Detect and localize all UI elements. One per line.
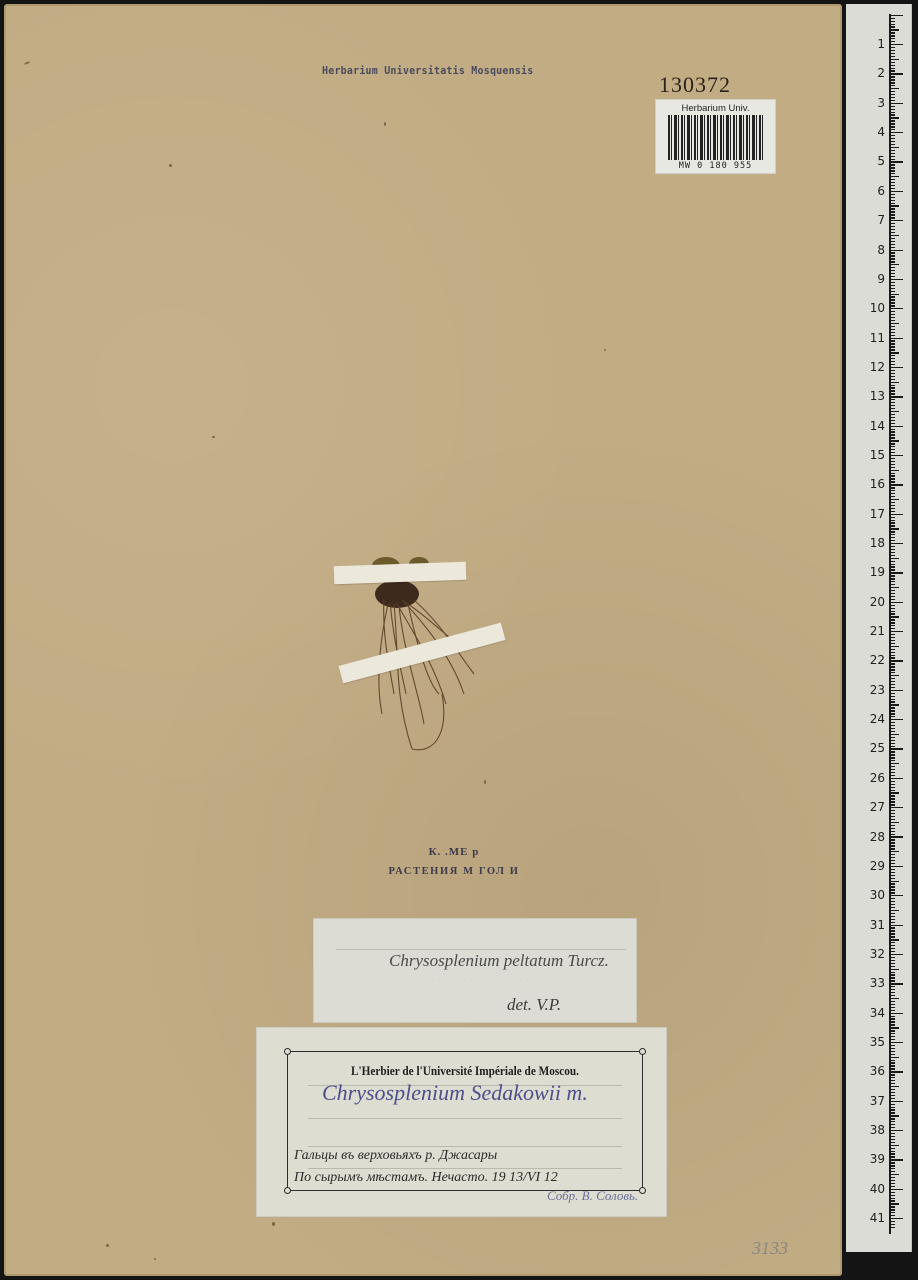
ruler-tick — [889, 376, 895, 377]
paper-speck — [106, 1244, 109, 1247]
ruler-tick — [889, 696, 895, 697]
ruler-tick — [889, 320, 895, 321]
ruler-tick — [889, 1209, 895, 1210]
ruler-tick — [889, 1057, 899, 1058]
ruler-tick — [889, 1183, 895, 1184]
ruler-tick — [889, 56, 895, 57]
ruler-tick — [889, 1030, 895, 1031]
ruler-tick — [889, 399, 895, 400]
ruler-tick — [889, 343, 895, 344]
ruler-tick — [889, 628, 895, 629]
ruler-tick — [889, 405, 895, 406]
ruler-tick — [889, 713, 895, 714]
ruler-tick — [889, 141, 895, 142]
collector-stamp-line2: РАСТЕНИЯ М ГОЛ И — [354, 862, 554, 882]
ruler-number: 13 — [870, 390, 885, 402]
ruler-tick — [889, 1136, 895, 1137]
ruler-tick — [889, 775, 895, 776]
ruler-tick — [889, 907, 895, 908]
ruler-tick — [889, 24, 895, 25]
ruler-tick — [889, 1142, 895, 1143]
determiner: det. V.P. — [507, 995, 561, 1015]
ruler-tick — [889, 684, 895, 685]
ghost-print: · · · · · · · · · · · · · · · · · — [354, 977, 614, 984]
ruler-tick — [889, 302, 895, 303]
ruler-tick — [889, 261, 895, 262]
label-rule — [308, 1146, 622, 1147]
ruler-tick — [889, 898, 895, 899]
ruler-tick — [889, 475, 895, 476]
ruler-tick — [889, 701, 895, 702]
ruler-tick — [889, 801, 895, 802]
ruler-tick — [889, 690, 903, 691]
ruler-tick — [889, 798, 895, 799]
ruler-tick — [889, 1027, 899, 1028]
ruler-number: 37 — [870, 1095, 885, 1107]
ruler-tick — [889, 414, 895, 415]
ruler-tick — [889, 461, 895, 462]
ruler-tick — [889, 1189, 903, 1190]
ruler-tick — [889, 493, 895, 494]
ruler-tick — [889, 473, 895, 474]
ruler-number: 30 — [870, 889, 885, 901]
ruler-tick — [889, 1192, 895, 1193]
ruler-tick — [889, 828, 895, 829]
ruler-tick — [889, 470, 899, 471]
ruler-tick — [889, 889, 895, 890]
ruler-tick — [889, 693, 895, 694]
ruler-tick — [889, 73, 903, 74]
ruler-tick — [889, 725, 895, 726]
ruler-tick — [889, 640, 895, 641]
ruler-tick — [889, 883, 895, 884]
ruler-tick — [889, 1021, 895, 1022]
ruler-tick — [889, 358, 895, 359]
ruler-tick — [889, 487, 895, 488]
ruler-tick — [889, 1198, 895, 1199]
ruler-tick — [889, 948, 895, 949]
ruler-tick — [889, 385, 895, 386]
paper-speck — [272, 1222, 275, 1226]
ruler-tick — [889, 1130, 903, 1131]
ruler-tick — [889, 455, 903, 456]
main-label-header: L'Herbier de l'Université Impériale de M… — [306, 1064, 625, 1079]
ruler-tick — [889, 217, 895, 218]
ruler-tick — [889, 338, 903, 339]
ruler-tick — [889, 540, 895, 541]
ruler-tick — [889, 1065, 895, 1066]
ruler-tick — [889, 655, 895, 656]
ruler-tick — [889, 939, 899, 940]
ruler-tick — [889, 886, 895, 887]
ruler-number: 2 — [877, 67, 885, 79]
ruler-tick — [889, 203, 895, 204]
ruler-tick — [889, 1127, 895, 1128]
ruler-tick — [889, 851, 899, 852]
determination-label: · · · · · · · · · · · · · · · · · Chryso… — [314, 919, 636, 1022]
ruler-tick — [889, 373, 895, 374]
ruler-tick — [889, 1018, 895, 1019]
ruler-number: 23 — [870, 684, 885, 696]
ruler-number: 40 — [870, 1183, 885, 1195]
ruler-tick — [889, 602, 903, 603]
ruler-tick — [889, 1101, 903, 1102]
ruler-tick — [889, 97, 895, 98]
ruler-tick — [889, 913, 895, 914]
ruler-tick — [889, 834, 895, 835]
ruler-tick — [889, 478, 895, 479]
ruler-tick — [889, 1224, 895, 1225]
ruler-tick — [889, 176, 899, 177]
ruler-tick — [889, 549, 895, 550]
ruler-tick — [889, 1174, 899, 1175]
ruler-tick — [889, 790, 895, 791]
ruler-tick — [889, 561, 895, 562]
ruler-tick — [889, 954, 903, 955]
ruler-tick — [889, 1092, 895, 1093]
ruler-tick — [889, 411, 899, 412]
ruler-tick — [889, 173, 895, 174]
plant-specimen — [324, 544, 524, 764]
ruler-tick — [889, 734, 899, 735]
barcode-number: MW 0 180 955 — [656, 161, 775, 171]
ruler-tick — [889, 546, 895, 547]
locality-line2: По сырымъ мѣстамъ. Нечасто. 19 13/VI 12 — [294, 1170, 639, 1186]
ruler-tick — [889, 417, 895, 418]
ruler-tick — [889, 170, 895, 171]
ruler-tick — [889, 82, 895, 83]
ruler-tick — [889, 449, 895, 450]
ruler-tick — [889, 678, 895, 679]
ruler-tick — [889, 326, 895, 327]
ruler-tick — [889, 625, 895, 626]
ruler-tick — [889, 364, 895, 365]
ruler-tick — [889, 288, 895, 289]
ruler-tick — [889, 15, 903, 16]
ruler-tick — [889, 1171, 895, 1172]
ruler-tick — [889, 622, 895, 623]
ruler-number: 32 — [870, 948, 885, 960]
ruler-tick — [889, 575, 895, 576]
ruler-tick — [889, 329, 895, 330]
main-label: L'Herbier de l'Université Impériale de M… — [257, 1028, 666, 1216]
ruler-number: 14 — [870, 420, 885, 432]
ruler-tick — [889, 106, 895, 107]
ruler-tick — [889, 1168, 895, 1169]
ruler-tick — [889, 109, 895, 110]
ruler-tick — [889, 613, 895, 614]
ruler-tick — [889, 860, 895, 861]
ruler-number: 16 — [870, 478, 885, 490]
ruler-tick — [889, 807, 903, 808]
ruler-tick — [889, 707, 895, 708]
ruler-tick — [889, 223, 895, 224]
ruler-tick — [889, 819, 895, 820]
ruler-tick — [889, 346, 895, 347]
ruler-tick — [889, 866, 903, 867]
ruler-tick — [889, 593, 895, 594]
ruler-number: 25 — [870, 742, 885, 754]
ruler-tick — [889, 70, 895, 71]
ruler-tick — [889, 361, 895, 362]
ruler-tick — [889, 126, 895, 127]
ruler-tick — [889, 129, 895, 130]
ruler-tick — [889, 1133, 895, 1134]
ruler-tick — [889, 643, 895, 644]
ruler-tick — [889, 1048, 895, 1049]
ruler-tick — [889, 340, 895, 341]
ruler-number: 34 — [870, 1007, 885, 1019]
ruler-number: 11 — [870, 332, 885, 344]
ruler-tick — [889, 804, 895, 805]
ruler-tick — [889, 241, 895, 242]
ruler-tick — [889, 731, 895, 732]
ruler-tick — [889, 831, 895, 832]
ruler-tick — [889, 38, 895, 39]
ruler-tick — [889, 619, 895, 620]
paper-speck — [212, 436, 215, 438]
ruler-tick — [889, 35, 895, 36]
ruler-tick — [889, 502, 895, 503]
ruler-tick — [889, 94, 895, 95]
ruler-tick — [889, 355, 895, 356]
ruler-tick — [889, 279, 903, 280]
ruler-tick — [889, 1218, 903, 1219]
ruler-tick — [889, 872, 895, 873]
ruler-tick — [889, 646, 899, 647]
ruler-tick — [889, 508, 895, 509]
ruler-tick — [889, 332, 895, 333]
ruler-number: 36 — [870, 1065, 885, 1077]
ruler-tick — [889, 467, 895, 468]
ruler-tick — [889, 352, 899, 353]
ruler-tick — [889, 555, 895, 556]
ruler-tick — [889, 910, 899, 911]
ruler-number: 15 — [870, 449, 885, 461]
ruler-tick — [889, 296, 895, 297]
ruler-tick — [889, 766, 895, 767]
ruler-tick — [889, 208, 895, 209]
ruler-tick — [889, 29, 899, 30]
ruler-tick — [889, 232, 895, 233]
ruler-number: 19 — [870, 566, 885, 578]
ruler-tick — [889, 1109, 895, 1110]
ruler-tick — [889, 525, 895, 526]
ruler-tick — [889, 1118, 895, 1119]
ruler-tick — [889, 558, 899, 559]
pencil-number: 3133 — [752, 1238, 788, 1259]
ruler-tick — [889, 1148, 895, 1149]
ruler-tick — [889, 616, 899, 617]
ruler-tick — [889, 649, 895, 650]
ruler-tick — [889, 1139, 895, 1140]
ruler-tick — [889, 1186, 895, 1187]
ruler-tick — [889, 1016, 895, 1017]
ruler-tick — [889, 520, 895, 521]
ruler-tick — [889, 813, 895, 814]
ruler-number: 7 — [877, 214, 885, 226]
ruler-tick — [889, 1077, 895, 1078]
ruler-tick — [889, 863, 895, 864]
ruler-tick — [889, 1010, 895, 1011]
ruler-tick — [889, 925, 903, 926]
ruler-tick — [889, 980, 895, 981]
ruler-tick — [889, 1060, 895, 1061]
ruler-tick — [889, 229, 895, 230]
ruler-tick — [889, 1124, 895, 1125]
ruler-tick — [889, 737, 895, 738]
ruler-tick — [889, 669, 895, 670]
ruler-tick — [889, 1054, 895, 1055]
ruler-number: 9 — [877, 273, 885, 285]
ruler-tick — [889, 590, 895, 591]
ruler-tick — [889, 825, 895, 826]
locality-line1: Гальцы въ верховьяхъ р. Джасары — [294, 1148, 639, 1164]
ruler-tick — [889, 179, 895, 180]
ruler-tick — [889, 875, 895, 876]
ruler-tick — [889, 159, 895, 160]
ruler-tick — [889, 423, 895, 424]
collector-stamp-line1: К. .МЕ р — [354, 842, 554, 862]
ruler-tick — [889, 945, 895, 946]
ruler-tick — [889, 123, 895, 124]
ruler-tick — [889, 370, 895, 371]
ruler-tick — [889, 605, 895, 606]
ruler-tick — [889, 150, 895, 151]
frame-corner-ornament — [284, 1187, 291, 1194]
ruler-number: 33 — [870, 977, 885, 989]
ruler-tick — [889, 810, 895, 811]
ruler-tick — [889, 878, 895, 879]
ruler-tick — [889, 1195, 895, 1196]
ruler-tick — [889, 481, 895, 482]
ruler-tick — [889, 311, 895, 312]
ruler-tick — [889, 986, 895, 987]
ruler-tick — [889, 1156, 895, 1157]
ruler-tick — [889, 1045, 895, 1046]
ruler-tick — [889, 214, 895, 215]
ruler-tick — [889, 59, 899, 60]
ruler-tick — [889, 995, 895, 996]
ruler-tick — [889, 1115, 899, 1116]
ruler-tick — [889, 282, 895, 283]
ruler-tick — [889, 1153, 895, 1154]
ruler-tick — [889, 972, 895, 973]
ruler-tick — [889, 1068, 895, 1069]
ruler-tick — [889, 182, 895, 183]
ruler-tick — [889, 681, 895, 682]
ruler-tick — [889, 760, 895, 761]
ruler-tick — [889, 294, 899, 295]
ruler-tick — [889, 522, 895, 523]
ruler-tick — [889, 76, 895, 77]
ruler-number: 3 — [877, 97, 885, 109]
ruler-tick — [889, 200, 895, 201]
ruler-tick — [889, 1033, 895, 1034]
ruler-tick — [889, 719, 903, 720]
ruler-tick — [889, 437, 895, 438]
ruler-tick — [889, 942, 895, 943]
ruler-tick — [889, 784, 895, 785]
ruler-tick — [889, 839, 895, 840]
ruler-tick — [889, 930, 895, 931]
ruler-tick — [889, 1007, 895, 1008]
ruler-tick — [889, 854, 895, 855]
ruler-tick — [889, 26, 895, 27]
ruler-tick — [889, 191, 903, 192]
ruler-tick — [889, 505, 895, 506]
ruler-tick — [889, 250, 903, 251]
ruler-tick — [889, 402, 895, 403]
ruler-tick — [889, 992, 895, 993]
ruler-tick — [889, 349, 895, 350]
ruler-number: 17 — [870, 508, 885, 520]
ruler-tick — [889, 1086, 899, 1087]
ruler-tick — [889, 751, 895, 752]
ruler-tick — [889, 120, 895, 121]
paper-speck — [24, 61, 30, 65]
ruler-tick — [889, 185, 895, 186]
ruler-tick — [889, 285, 895, 286]
ruler-tick — [889, 581, 895, 582]
ruler-tick — [889, 842, 895, 843]
ruler-tick — [889, 156, 895, 157]
ruler-tick — [889, 452, 895, 453]
ruler-tick — [889, 919, 895, 920]
ruler-tick — [889, 305, 895, 306]
ruler-number: 21 — [870, 625, 885, 637]
ruler-tick — [889, 79, 895, 80]
ruler-tick — [889, 552, 895, 553]
ruler-tick — [889, 314, 895, 315]
ruler-tick — [889, 927, 895, 928]
ruler-tick — [889, 772, 895, 773]
barcode-icon — [668, 115, 763, 160]
ruler-tick — [889, 1227, 895, 1228]
scale-ruler: 1234567891011121314151617181920212223242… — [846, 4, 912, 1252]
ruler-tick — [889, 660, 903, 661]
collector-name: Собр. В. Соловь. — [547, 1188, 638, 1204]
ruler-tick — [889, 308, 903, 309]
ruler-tick — [889, 778, 903, 779]
ruler-tick — [889, 164, 895, 165]
paper-speck — [154, 1258, 156, 1260]
ruler-number: 5 — [877, 155, 885, 167]
ruler-tick — [889, 1004, 895, 1005]
ruler-tick — [889, 857, 895, 858]
ruler-tick — [889, 564, 895, 565]
ruler-tick — [889, 740, 895, 741]
ruler-tick — [889, 53, 895, 54]
ruler-tick — [889, 220, 903, 221]
ruler-tick — [889, 446, 895, 447]
ruler-tick — [889, 587, 899, 588]
ruler-tick — [889, 816, 895, 817]
ruler-tick — [889, 1121, 895, 1122]
ruler-tick — [889, 1095, 895, 1096]
barcode-label: Herbarium Univ. Mosquensis MW 0 180 955 — [656, 100, 775, 173]
ruler-tick — [889, 716, 895, 717]
ruler-tick — [889, 584, 895, 585]
ruler-number: 28 — [870, 831, 885, 843]
institution-stamp: Herbarium Universitatis Mosquensis — [322, 66, 534, 78]
ruler-tick — [889, 881, 899, 882]
ruler-tick — [889, 754, 895, 755]
collector-stamp: К. .МЕ р РАСТЕНИЯ М ГОЛ И — [354, 842, 554, 882]
ruler-tick — [889, 434, 895, 435]
ruler-number: 41 — [870, 1212, 885, 1224]
ruler-tick — [889, 836, 903, 837]
